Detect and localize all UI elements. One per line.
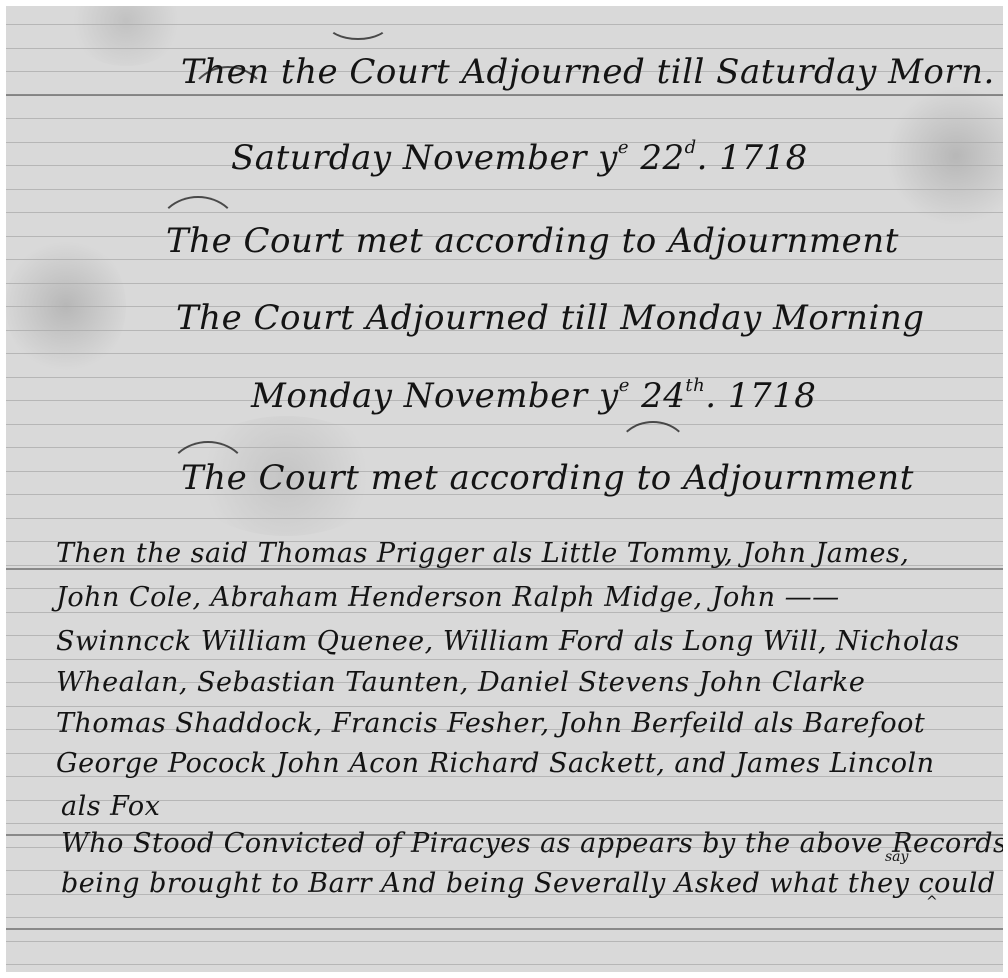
body-line-4: Whealan, Sebastian Taunten, Daniel Steve… xyxy=(56,667,865,698)
ruled-line xyxy=(6,659,1003,660)
body-line-5: Thomas Shaddock, Francis Fesher, John Be… xyxy=(56,708,925,739)
ruled-line xyxy=(6,212,1003,213)
interlinear-insertion: say xyxy=(885,849,908,865)
body-line-1: Then the said Thomas Prigger als Little … xyxy=(56,538,909,569)
line-court-met-1: The Court met according to Adjournment xyxy=(166,221,899,261)
ruled-line xyxy=(6,424,1003,425)
body-line-3: Swinncck William Quenee, William Ford al… xyxy=(56,626,960,657)
date-superscript: e xyxy=(619,375,630,396)
body-line-7: als Fox xyxy=(61,791,160,822)
date-day: 24 xyxy=(630,376,686,416)
flourish xyxy=(326,6,390,40)
ruled-line xyxy=(6,941,1003,942)
date-ordinal: d xyxy=(685,137,697,158)
ruled-line xyxy=(6,917,1003,918)
ruled-line xyxy=(6,447,1003,448)
date-text: Monday November y xyxy=(251,376,619,416)
ruled-line xyxy=(6,518,1003,519)
ruled-line xyxy=(6,706,1003,707)
body-line-9: being brought to Barr And being Severall… xyxy=(61,868,996,899)
date-text: Saturday November y xyxy=(231,138,618,178)
ruled-line-dark xyxy=(6,928,1003,930)
line-court-adjourned-monday: The Court Adjourned till Monday Morning xyxy=(176,298,924,338)
ruled-line xyxy=(6,24,1003,25)
ruled-line xyxy=(6,48,1003,49)
paper-stain xyxy=(66,6,186,66)
date-day: 22 xyxy=(629,138,685,178)
body-line-8: Who Stood Convicted of Piracyes as appea… xyxy=(61,828,1003,859)
date-year: . 1718 xyxy=(697,138,808,178)
date-year: . 1718 xyxy=(705,376,816,416)
line-court-adjourned-saturday: Then the Court Adjourned till Saturday M… xyxy=(181,52,995,92)
date-ordinal: th xyxy=(685,375,705,396)
ruled-line-dark xyxy=(6,94,1003,96)
ruled-line xyxy=(6,823,1003,824)
ruled-line xyxy=(6,283,1003,284)
body-line-2: John Cole, Abraham Henderson Ralph Midge… xyxy=(56,582,840,613)
paper-stain xyxy=(886,86,1003,226)
insertion-caret: ^ xyxy=(926,894,938,910)
date-superscript: e xyxy=(618,137,629,158)
line-date-monday: Monday November ye 24th. 1718 xyxy=(251,376,816,416)
line-court-met-2: The Court met according to Adjournment xyxy=(181,458,914,498)
body-line-6: George Pocock John Acon Richard Sackett,… xyxy=(56,748,935,779)
ruled-line xyxy=(6,964,1003,965)
line-date-saturday: Saturday November ye 22d. 1718 xyxy=(231,138,808,178)
manuscript-page: Then the Court Adjourned till Saturday M… xyxy=(6,6,1003,972)
ruled-line xyxy=(6,189,1003,190)
ruled-line xyxy=(6,353,1003,354)
ruled-line xyxy=(6,118,1003,119)
